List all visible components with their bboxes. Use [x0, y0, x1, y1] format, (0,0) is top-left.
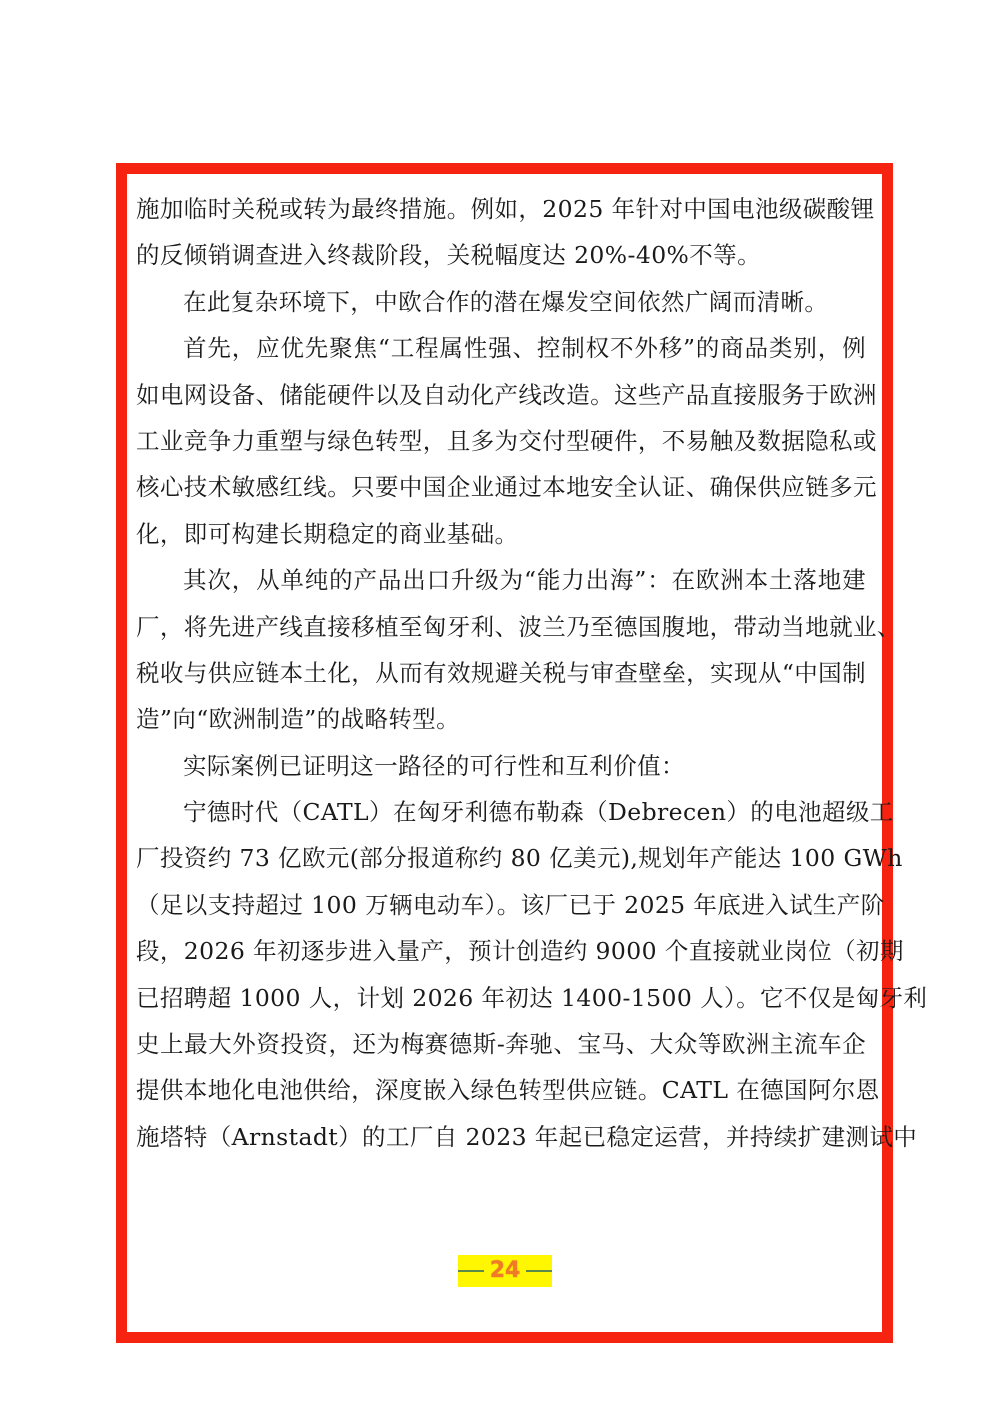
- text-line: 段，2026 年初逐步进入量产，预计创造约 9000 个直接就业岗位（初期: [136, 928, 866, 974]
- dash-right-decoration: [526, 1270, 552, 1272]
- text-line: 化，即可构建长期稳定的商业基础。: [136, 511, 866, 557]
- text-line: 厂，将先进产线直接移植至匈牙利、波兰乃至德国腹地，带动当地就业、: [136, 604, 866, 650]
- document-body: 施加临时关税或转为最终措施。例如，2025 年针对中国电池级碳酸锂 的反倾销调查…: [136, 186, 866, 1160]
- text-line: 造”向“欧洲制造”的战略转型。: [136, 696, 866, 742]
- paragraph-line: 宁德时代（CATL）在匈牙利德布勒森（Debrecen）的电池超级工: [136, 789, 866, 835]
- text-line: 提供本地化电池供给，深度嵌入绿色转型供应链。CATL 在德国阿尔恩: [136, 1067, 866, 1113]
- text-line: 史上最大外资投资，还为梅赛德斯-奔驰、宝马、大众等欧洲主流车企: [136, 1021, 866, 1067]
- text-line: （足以支持超过 100 万辆电动车）。该厂已于 2025 年底进入试生产阶: [136, 882, 866, 928]
- text-line: 厂投资约 73 亿欧元(部分报道称约 80 亿美元),规划年产能达 100 GW…: [136, 835, 866, 881]
- dash-left-decoration: [458, 1270, 484, 1272]
- paragraph-line: 首先，应优先聚焦“工程属性强、控制权不外移”的商品类别，例: [136, 325, 866, 371]
- text-line: 如电网设备、储能硬件以及自动化产线改造。这些产品直接服务于欧洲: [136, 372, 866, 418]
- page-number-badge: 24: [458, 1255, 552, 1287]
- paragraph-line: 在此复杂环境下，中欧合作的潜在爆发空间依然广阔而清晰。: [136, 279, 866, 325]
- text-line: 税收与供应链本土化，从而有效规避关税与审查壁垒，实现从“中国制: [136, 650, 866, 696]
- text-line: 施塔特（Arnstadt）的工厂自 2023 年起已稳定运营，并持续扩建测试中: [136, 1114, 866, 1160]
- text-line: 的反倾销调查进入终裁阶段，关税幅度达 20%-40%不等。: [136, 232, 866, 278]
- page-number: 24: [490, 1255, 521, 1287]
- text-line: 已招聘超 1000 人，计划 2026 年初达 1400-1500 人）。它不仅…: [136, 975, 866, 1021]
- paragraph-line: 实际案例已证明这一路径的可行性和互利价值：: [136, 743, 866, 789]
- text-line: 核心技术敏感红线。只要中国企业通过本地安全认证、确保供应链多元: [136, 464, 866, 510]
- paragraph-line: 其次，从单纯的产品出口升级为“能力出海”：在欧洲本土落地建: [136, 557, 866, 603]
- text-line: 工业竞争力重塑与绿色转型，且多为交付型硬件，不易触及数据隐私或: [136, 418, 866, 464]
- text-line: 施加临时关税或转为最终措施。例如，2025 年针对中国电池级碳酸锂: [136, 186, 866, 232]
